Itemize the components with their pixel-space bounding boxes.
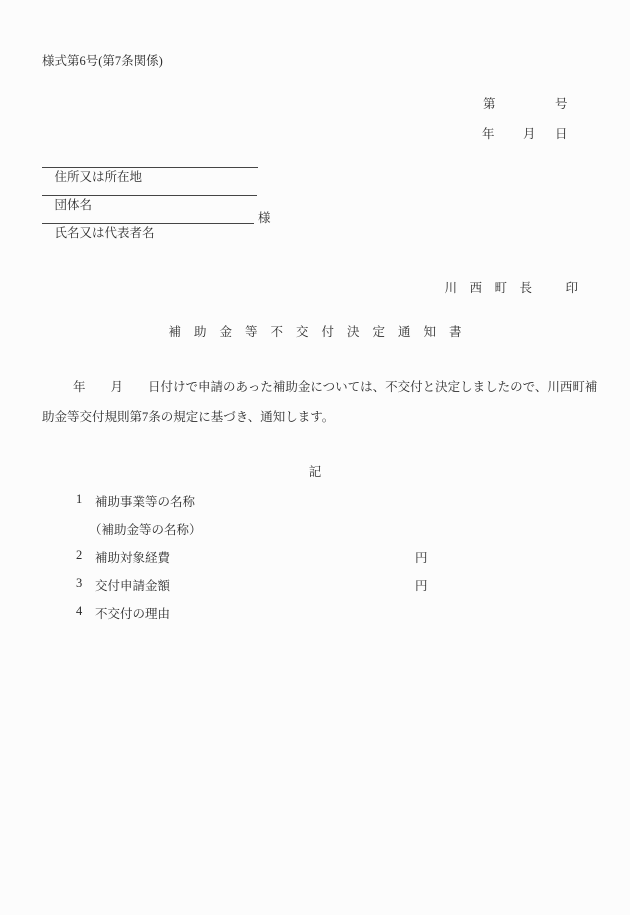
- list-item: 3 交付申請金額 円: [0, 576, 630, 592]
- item-label: 補助事業等の名称: [95, 492, 195, 510]
- doc-number-prefix: 第: [483, 94, 496, 112]
- issuer-title: 川西町長: [445, 281, 545, 295]
- recipient-name-label: 氏名又は代表者名: [55, 226, 155, 240]
- form-number-label: 様式第6号(第7条関係): [42, 51, 163, 69]
- list-item: 2 補助対象経費 円: [0, 548, 630, 564]
- item-number: 2: [76, 548, 82, 563]
- item-label: 交付申請金額: [95, 576, 170, 594]
- body-paragraph-line-1: 年 月 日付けで申請のあった補助金については、不交付と決定しましたので、川西町補: [73, 377, 597, 395]
- list-item: 4 不交付の理由: [0, 604, 630, 620]
- section-heading-ki: 記: [0, 462, 630, 480]
- document-page: 様式第6号(第7条関係) 第 号 年 月 日 住所又は所在地 団体名 氏名又は代…: [0, 0, 630, 915]
- document-title: 補助金等不交付決定通知書: [0, 322, 630, 340]
- list-item: 1 補助事業等の名称: [0, 492, 630, 508]
- date-day-label: 日: [555, 124, 568, 142]
- list-item-sub: （補助金等の名称）: [0, 520, 630, 536]
- seal-mark: 印: [566, 281, 579, 295]
- recipient-name-field: 氏名又は代表者名: [42, 208, 254, 224]
- date-month-label: 月: [523, 124, 536, 142]
- doc-number-suffix: 号: [555, 94, 568, 112]
- item-number: 4: [76, 604, 82, 619]
- item-label: 補助対象経費: [95, 548, 170, 566]
- issuer-line: 川西町長印: [432, 263, 578, 311]
- recipient-honorific: 様: [258, 208, 271, 226]
- item-number: 1: [76, 492, 82, 507]
- item-unit-yen: 円: [415, 548, 428, 566]
- item-unit-yen: 円: [415, 576, 428, 594]
- date-year-label: 年: [482, 124, 495, 142]
- item-label: 不交付の理由: [95, 604, 170, 622]
- body-paragraph-line-2: 助金等交付規則第7条の規定に基づき、通知します。: [42, 407, 334, 425]
- recipient-address-field: 住所又は所在地: [42, 152, 258, 168]
- item-number: 3: [76, 576, 82, 591]
- recipient-organization-field: 団体名: [42, 180, 257, 196]
- item-label: （補助金等の名称）: [89, 520, 202, 538]
